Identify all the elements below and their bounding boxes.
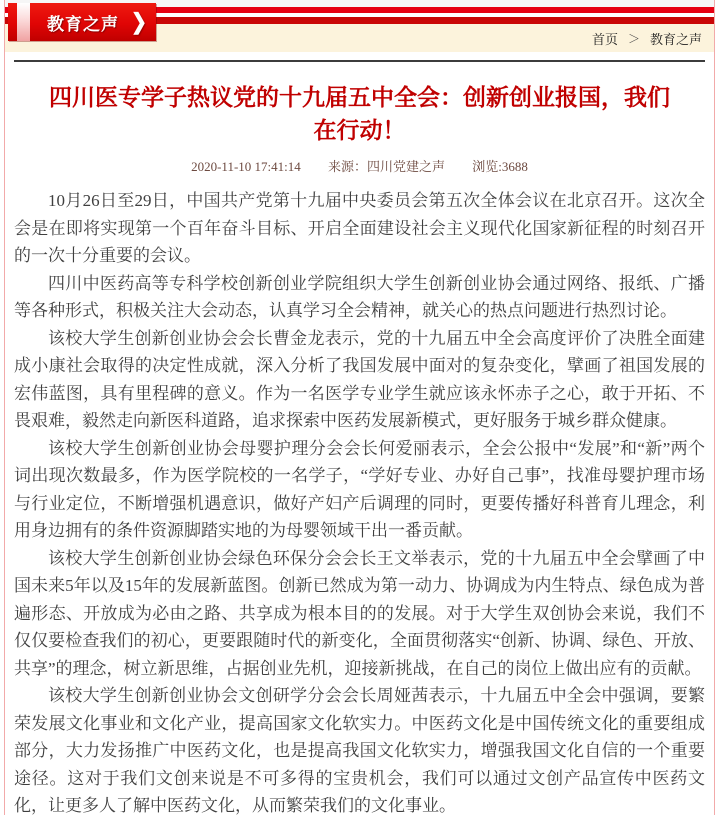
channel-tab[interactable]: 教育之声 ❯ bbox=[8, 3, 156, 41]
chevron-right-icon: ❯ bbox=[131, 9, 147, 35]
content-frame: 首页 ＞ 教育之声 教育之声 ❯ 四川医专学子热议党的十九届五中全会：创新创业报… bbox=[4, 0, 715, 815]
breadcrumb-current-link[interactable]: 教育之声 bbox=[650, 29, 702, 48]
article-paragraph: 该校大学生创新创业协会文创研学分会会长周娅茜表示，十九届五中全会中强调，要繁荣发… bbox=[14, 682, 705, 815]
article-source: 来源：四川党建之声 bbox=[328, 159, 445, 174]
breadcrumb-home-link[interactable]: 首页 bbox=[592, 29, 618, 48]
article-body: 10月26日至29日，中国共产党第十九届中央委员会第五次全体会议在北京召开。这次… bbox=[14, 187, 705, 815]
article-views: 浏览:3688 bbox=[472, 159, 528, 174]
article: 四川医专学子热议党的十九届五中全会：创新创业报国，我们在行动！ 2020-11-… bbox=[5, 60, 714, 815]
tab-shine-decoration bbox=[17, 3, 30, 41]
article-paragraph: 10月26日至29日，中国共产党第十九届中央委员会第五次全体会议在北京召开。这次… bbox=[14, 187, 705, 270]
article-paragraph: 该校大学生创新创业协会会长曹金龙表示，党的十九届五中全会高度评价了决胜全面建成小… bbox=[14, 325, 705, 435]
article-divider bbox=[14, 60, 705, 62]
article-date: 2020-11-10 17:41:14 bbox=[191, 159, 301, 174]
article-title: 四川医专学子热议党的十九届五中全会：创新创业报国，我们在行动！ bbox=[40, 81, 679, 147]
article-paragraph: 四川中医药高等专科学校创新创业学院组织大学生创新创业协会通过网络、报纸、广播等各… bbox=[14, 270, 705, 325]
article-paragraph: 该校大学生创新创业协会绿色环保分会会长王文举表示，党的十九届五中全会擘画了中国未… bbox=[14, 545, 705, 683]
article-meta: 2020-11-10 17:41:14 来源：四川党建之声 浏览:3688 bbox=[14, 156, 705, 175]
channel-banner: 首页 ＞ 教育之声 教育之声 ❯ bbox=[5, 7, 714, 52]
breadcrumb-separator-icon: ＞ bbox=[628, 30, 640, 47]
article-paragraph: 该校大学生创新创业协会母婴护理分会会长何爱丽表示，全会公报中“发展”和“新”两个… bbox=[14, 435, 705, 545]
channel-tab-label: 教育之声 bbox=[47, 10, 119, 35]
